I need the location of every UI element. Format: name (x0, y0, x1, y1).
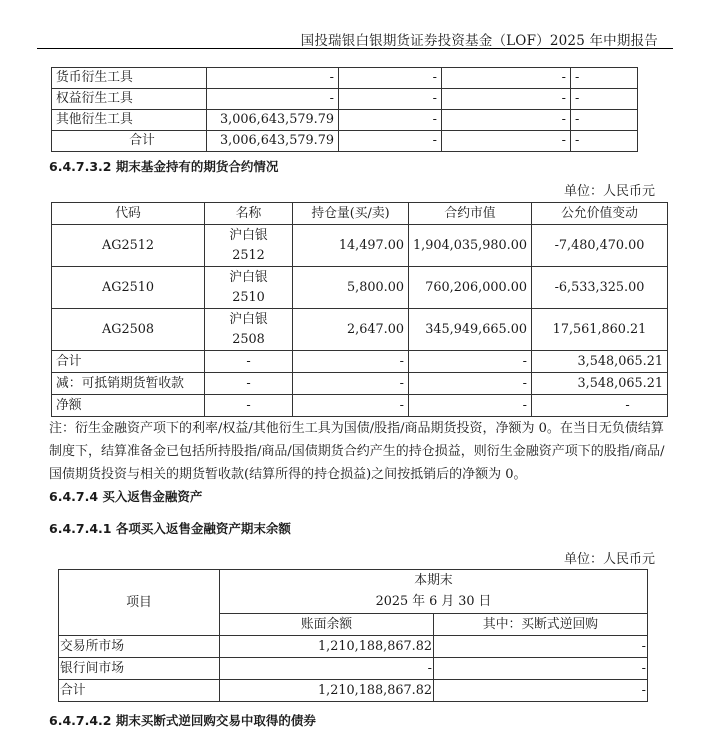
column-header: 项目 (59, 570, 220, 636)
fair-value-change: 17,561,860.21 (531, 309, 667, 351)
table-row: 净额 - - - - (52, 395, 668, 417)
cell-value: - (571, 68, 638, 89)
cell-value: - (434, 636, 648, 658)
cell-value: 1,210,188,867.82 (220, 636, 434, 658)
cell-value: - (531, 395, 667, 417)
cell-value: - (293, 351, 409, 373)
table-row: 银行间市场 - - (59, 658, 648, 680)
derivatives-table: 货币衍生工具 - - - - 权益衍生工具 - - - - 其他衍生工具 3,0… (51, 67, 638, 152)
section-heading: 6.4.7.4.2 期末买断式逆回购交易中取得的债券 (49, 711, 316, 729)
contract-code: AG2512 (52, 225, 205, 267)
row-label: 交易所市场 (59, 636, 220, 658)
contract-value: 760,206,000.00 (409, 267, 532, 309)
fair-value-change: -6,533,325.00 (531, 267, 667, 309)
table-row: AG2512 沪白银2512 14,497.00 1,904,035,980.0… (52, 225, 668, 267)
column-header: 合约市值 (409, 203, 532, 225)
cell-value: - (207, 89, 339, 110)
name-line: 沪白银 (209, 226, 288, 246)
cell-value: - (442, 110, 571, 131)
cell-value: - (571, 89, 638, 110)
cell-value: - (293, 395, 409, 417)
row-label: 合计 (52, 351, 205, 373)
futures-contracts-table: 代码 名称 持仓量(买/卖) 合约市值 公允价值变动 AG2512 沪白银251… (51, 202, 668, 417)
contract-name: 沪白银2510 (205, 267, 293, 309)
position-qty: 14,497.00 (293, 225, 409, 267)
unit-label: 单位：人民币元 (564, 548, 655, 567)
row-label: 减：可抵销期货暂收款 (52, 373, 205, 395)
table-row: 货币衍生工具 - - - - (52, 68, 638, 89)
cell-value: - (442, 89, 571, 110)
cell-value: 3,006,643,579.79 (207, 110, 339, 131)
cell-value: - (339, 68, 442, 89)
cell-value: - (339, 89, 442, 110)
position-qty: 5,800.00 (293, 267, 409, 309)
contract-name: 沪白银2512 (205, 225, 293, 267)
table-header-row: 项目 本期末 (59, 570, 648, 592)
cell-value: - (409, 351, 532, 373)
contract-value: 1,904,035,980.00 (409, 225, 532, 267)
position-qty: 2,647.00 (293, 309, 409, 351)
table-row: AG2508 沪白银2508 2,647.00 345,949,665.00 1… (52, 309, 668, 351)
cell-value: - (409, 395, 532, 417)
row-label: 合计 (59, 680, 220, 702)
table-row: 权益衍生工具 - - - - (52, 89, 638, 110)
cell-value: 3,548,065.21 (531, 373, 667, 395)
row-label: 其他衍生工具 (52, 110, 207, 131)
row-label: 净额 (52, 395, 205, 417)
table-row: 合计 3,006,643,579.79 - - - (52, 131, 638, 152)
cell-value: 1,210,188,867.82 (220, 680, 434, 702)
section-heading: 6.4.7.4.1 各项买入返售金融资产期末余额 (49, 519, 291, 537)
cell-value: - (571, 131, 638, 152)
cell-value: - (205, 351, 293, 373)
table-row: 合计 - - - 3,548,065.21 (52, 351, 668, 373)
footnote: 注：衍生金融资产项下的利率/权益/其他衍生工具为国债/股指/商品期货投资，净额为… (49, 417, 669, 486)
contract-code: AG2508 (52, 309, 205, 351)
contract-value: 345,949,665.00 (409, 309, 532, 351)
cell-value: 3,548,065.21 (531, 351, 667, 373)
report-header-title: 国投瑞银白银期货证券投资基金（LOF）2025 年中期报告 (301, 29, 658, 49)
column-header: 2025 年 6 月 30 日 (220, 592, 648, 614)
cell-value: - (442, 68, 571, 89)
header-divider (37, 48, 673, 49)
column-header: 账面余额 (220, 614, 434, 636)
column-header: 公允价值变动 (531, 203, 667, 225)
table-row: 其他衍生工具 3,006,643,579.79 - - - (52, 110, 638, 131)
cell-value: - (205, 395, 293, 417)
name-line: 沪白银 (209, 268, 288, 288)
cell-value: - (434, 658, 648, 680)
cell-value: - (339, 110, 442, 131)
row-label: 权益衍生工具 (52, 89, 207, 110)
cell-value: 3,006,643,579.79 (207, 131, 339, 152)
column-header: 其中：买断式逆回购 (434, 614, 648, 636)
row-label: 货币衍生工具 (52, 68, 207, 89)
contract-name: 沪白银2508 (205, 309, 293, 351)
table-row: 合计 1,210,188,867.82 - (59, 680, 648, 702)
cell-value: - (207, 68, 339, 89)
cell-value: - (571, 110, 638, 131)
row-label: 合计 (52, 131, 207, 152)
table-row: 减：可抵销期货暂收款 - - - 3,548,065.21 (52, 373, 668, 395)
cell-value: - (442, 131, 571, 152)
reverse-repo-table: 项目 本期末 2025 年 6 月 30 日 账面余额 其中：买断式逆回购 交易… (58, 569, 648, 702)
fair-value-change: -7,480,470.00 (531, 225, 667, 267)
cell-value: - (434, 680, 648, 702)
name-line: 2508 (209, 330, 288, 350)
table-row: 交易所市场 1,210,188,867.82 - (59, 636, 648, 658)
cell-value: - (339, 131, 442, 152)
column-header: 代码 (52, 203, 205, 225)
cell-value: - (220, 658, 434, 680)
cell-value: - (409, 373, 532, 395)
column-header: 持仓量(买/卖) (293, 203, 409, 225)
column-header: 本期末 (220, 570, 648, 592)
section-heading: 6.4.7.4 买入返售金融资产 (49, 487, 202, 505)
table-header-row: 代码 名称 持仓量(买/卖) 合约市值 公允价值变动 (52, 203, 668, 225)
name-line: 2510 (209, 288, 288, 308)
contract-code: AG2510 (52, 267, 205, 309)
name-line: 2512 (209, 246, 288, 266)
unit-label: 单位：人民币元 (564, 180, 655, 199)
cell-value: - (293, 373, 409, 395)
row-label: 银行间市场 (59, 658, 220, 680)
name-line: 沪白银 (209, 310, 288, 330)
table-row: AG2510 沪白银2510 5,800.00 760,206,000.00 -… (52, 267, 668, 309)
cell-value: - (205, 373, 293, 395)
column-header: 名称 (205, 203, 293, 225)
section-heading: 6.4.7.3.2 期末基金持有的期货合约情况 (49, 157, 278, 175)
